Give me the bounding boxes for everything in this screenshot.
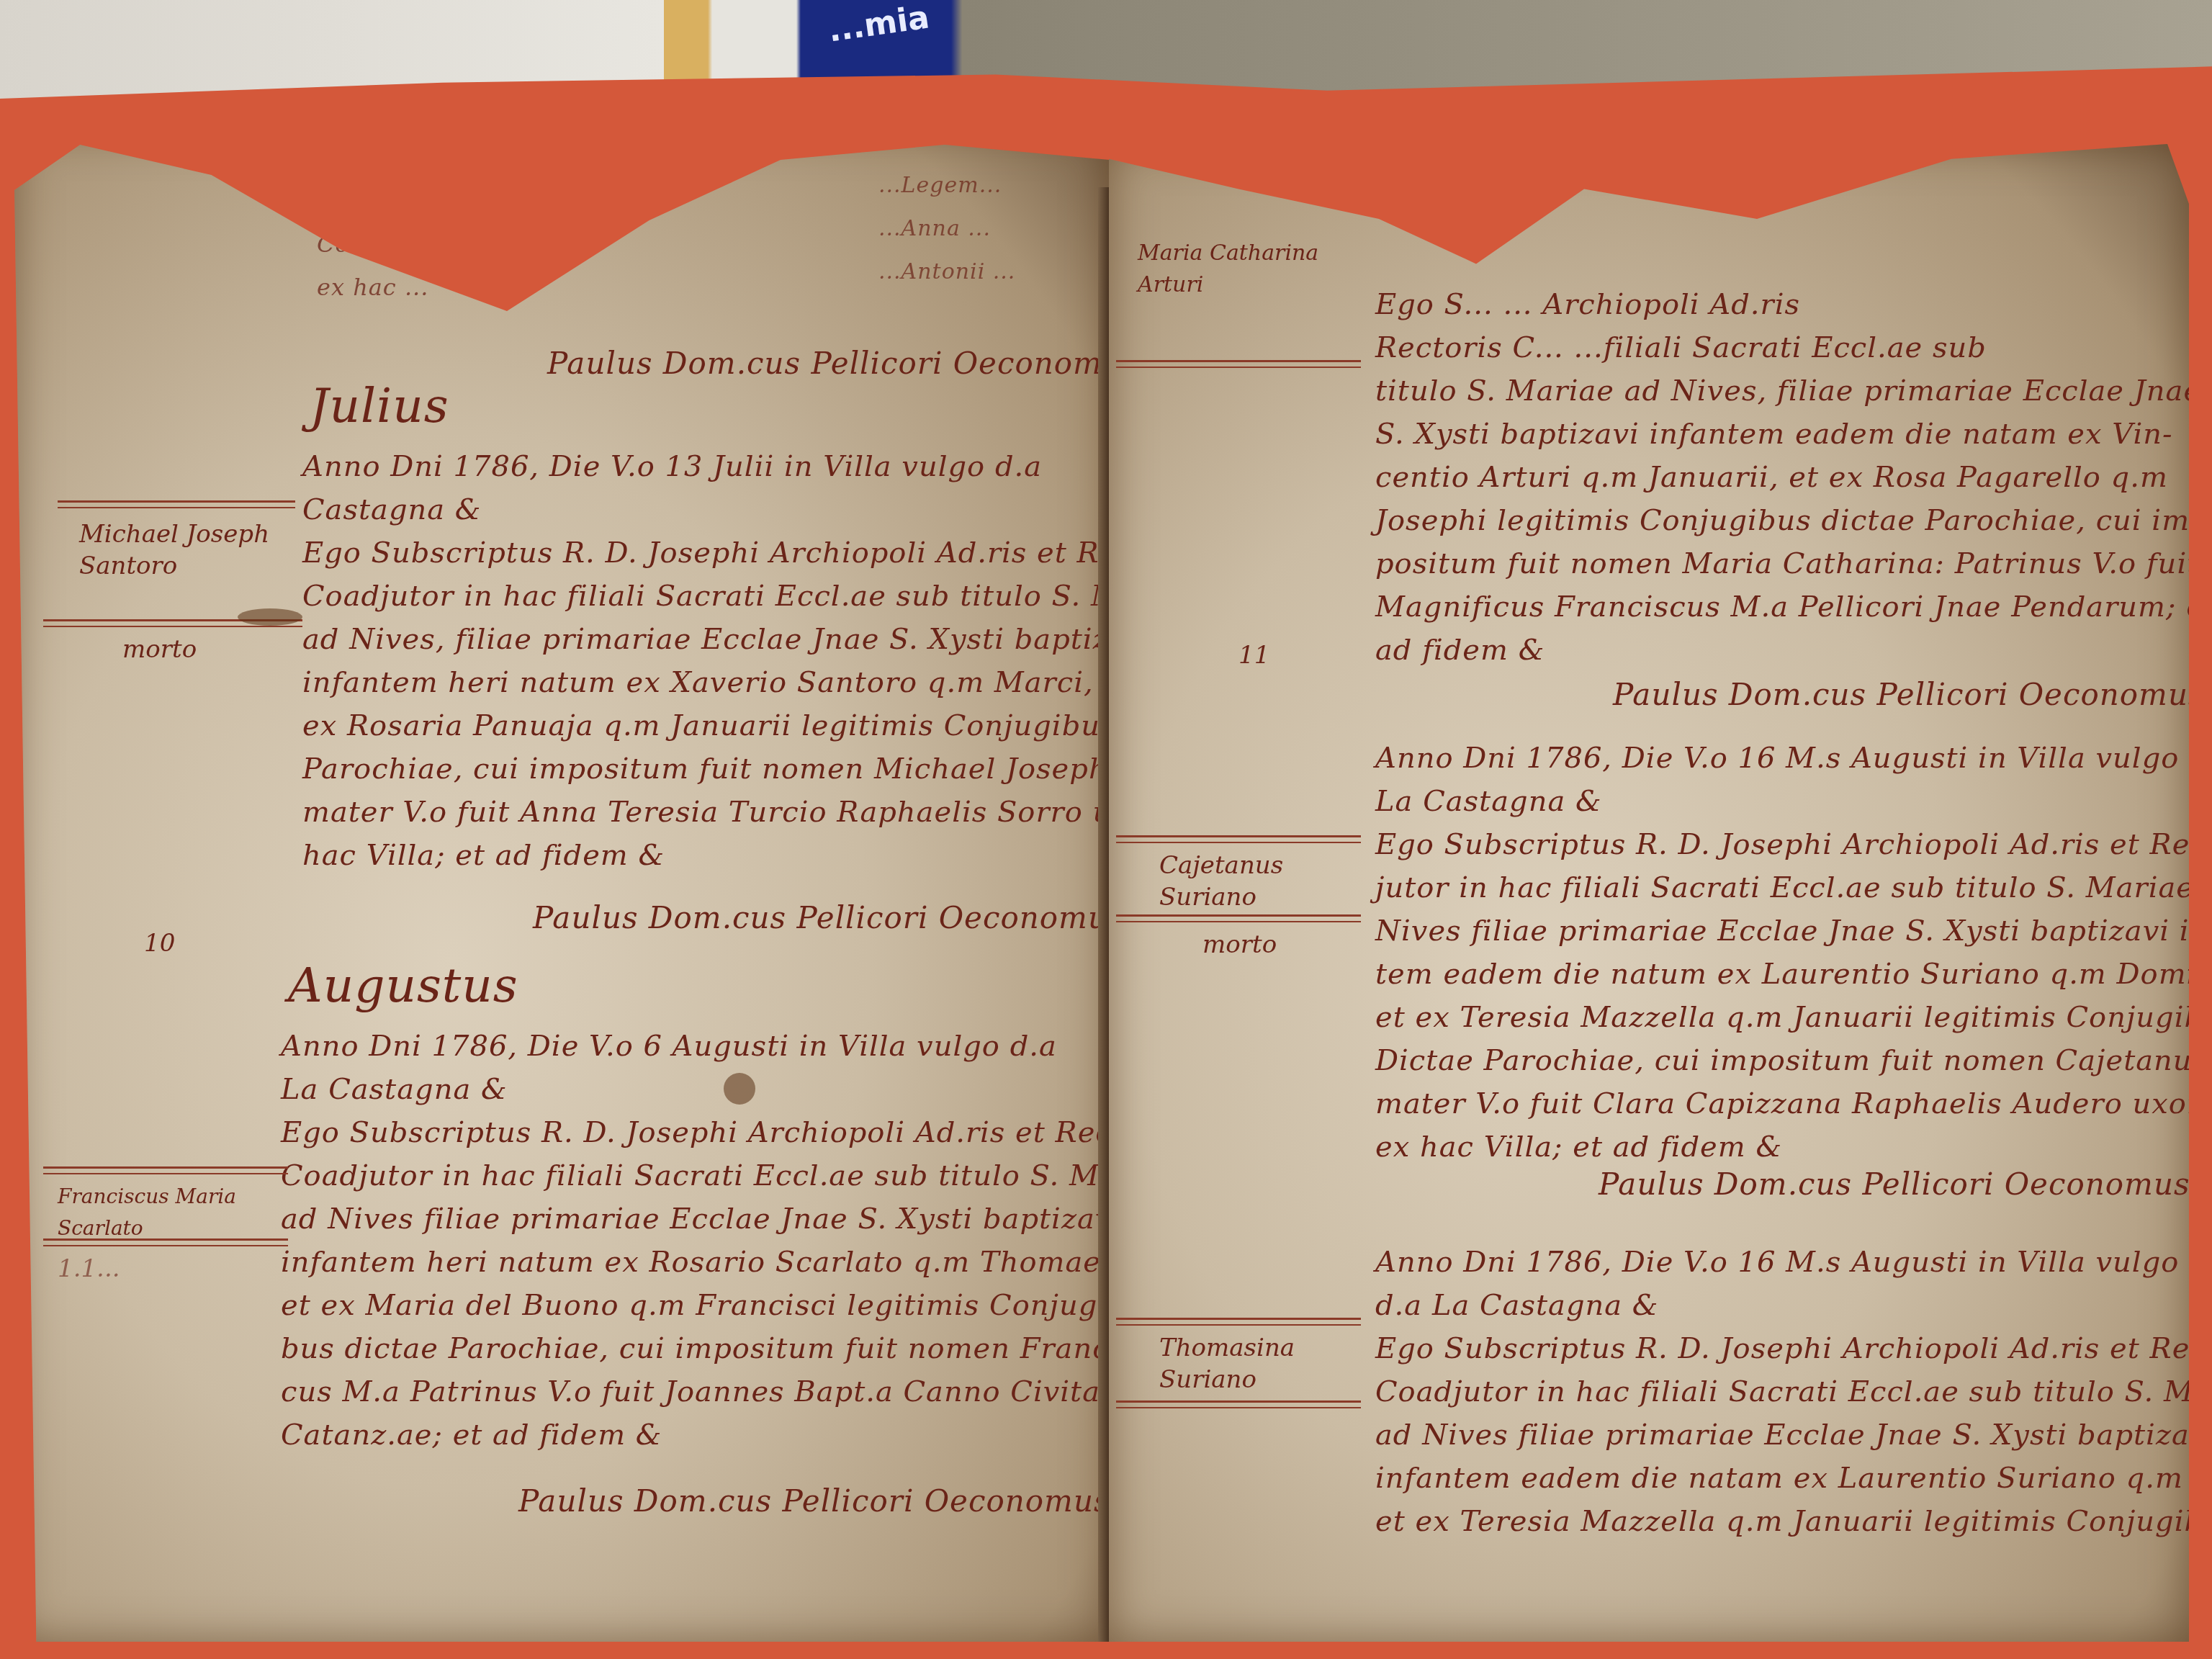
signature: Paulus Dom.cus Pellicori Oeconomus <box>1599 1166 2190 1202</box>
margin-note-status: morto <box>122 634 197 665</box>
entry-line: ex hac Villa; et ad fidem & <box>1375 1130 1782 1164</box>
entry-line: Parochiae, cui impositum fuit nomen Mich… <box>302 752 1208 786</box>
entry-line: centio Arturi q.m Januarii, et ex Rosa P… <box>1375 461 2168 494</box>
margin-rule <box>1116 1318 1361 1326</box>
margin-rule <box>43 1238 288 1246</box>
entry-line: d.a La Castagna & <box>1375 1289 1658 1322</box>
entry-line: Anno Dni 1786, Die V.o 6 Augusti in Vill… <box>281 1030 1057 1063</box>
margin-note-name: Maria Catharina Arturi <box>1138 238 1325 301</box>
signature: Paulus Dom.cus Pellicori Oeconomus <box>518 1483 1110 1519</box>
margin-note-name: Michael Joseph Santoro <box>79 518 281 582</box>
entry-line: Catanz.ae; et ad fidem & <box>281 1419 662 1452</box>
entry-line: cus M.a Patrinus V.o fuit Joannes Bapt.a… <box>281 1375 1138 1408</box>
register-book: Comnat... ex hac ... ...Legem... ...Anna… <box>14 115 2203 1659</box>
entry-line: et ex Teresia Mazzella q.m Januarii legi… <box>1375 1505 2212 1538</box>
entry-line: S. Xysti baptizavi infantem eadem die na… <box>1375 418 2173 451</box>
entry-line: Dictae Parochiae, cui impositum fuit nom… <box>1375 1044 2212 1077</box>
margin-note-name: Thomasina Suriano <box>1159 1332 1346 1395</box>
entry-line: infantem eadem die natam ex Laurentio Su… <box>1375 1462 2212 1495</box>
entry-line: infantem heri natum ex Xaverio Santoro q… <box>302 666 1133 699</box>
margin-note-status: morto <box>1202 929 1277 961</box>
entry-line: Ego Subscriptus R. D. Josephi Archiopoli… <box>281 1116 1182 1149</box>
entry-line: La Castagna & <box>1375 785 1602 818</box>
signature: Paulus Dom.cus Pellicori Oeconomus <box>547 346 1139 381</box>
entry-line: ad Nives filiae primariae Ecclae Jnae S.… <box>1375 1419 2212 1452</box>
entry-line: Nives filiae primariae Ecclae Jnae S. Xy… <box>1375 914 2212 948</box>
entry-line: Castagna & <box>302 493 481 526</box>
ink-stain <box>238 608 302 626</box>
wax-stain <box>724 1073 755 1105</box>
entry-line: Ego S... ... Archiopoli Ad.ris <box>1375 288 1800 321</box>
right-page: Maria Catharina Arturi Ego S... ... Arch… <box>1109 144 2189 1642</box>
entry-line: hac Villa; et ad fidem & <box>302 839 665 872</box>
entry-line: Magnificus Franciscus M.a Pellicori Jnae… <box>1375 590 2212 624</box>
margin-rule <box>1116 1401 1361 1408</box>
entry-line: ad Nives, filiae primariae Ecclae Jnae S… <box>302 623 1154 656</box>
entry-line: Josephi legitimis Conjugibus dictae Paro… <box>1375 504 2200 537</box>
torn-fragment: ...Anna ... <box>878 216 991 241</box>
page-number: 10 <box>144 929 175 958</box>
entry-line: Ego Subscriptus R. D. Josephi Archiopoli… <box>1375 1332 2212 1365</box>
entry-line: infantem heri natum ex Rosario Scarlato … <box>281 1246 1101 1279</box>
page-number: 11 <box>1238 641 1269 670</box>
entry-line: jutor in hac filiali Sacrati Eccl.ae sub… <box>1375 871 2212 904</box>
margin-note-status: 1.1... <box>58 1253 120 1285</box>
entry-line: mater V.o fuit Anna Teresia Turcio Rapha… <box>302 796 1206 829</box>
entry-line: et ex Maria del Buono q.m Francisci legi… <box>281 1289 1118 1322</box>
entry-line: positum fuit nomen Maria Catharina: Patr… <box>1375 547 2199 580</box>
entry-line: Anno Dni 1786, Die V.o 16 M.s Augusti in… <box>1375 742 2179 775</box>
entry-line: La Castagna & <box>281 1073 508 1106</box>
signature: Paulus Dom.cus Pellicori Oeconomus <box>533 900 1125 935</box>
entry-line: titulo S. Mariae ad Nives, filiae primar… <box>1375 374 2201 408</box>
month-heading-augustus: Augustus <box>288 958 518 1013</box>
month-heading-julius: Julius <box>310 378 449 433</box>
entry-line: ex Rosaria Panuaja q.m Januarii legitimi… <box>302 709 1220 742</box>
torn-fragment: Comnat... <box>317 230 436 258</box>
margin-rule <box>58 500 295 508</box>
entry-line: tem eadem die natum ex Laurentio Suriano… <box>1375 958 2212 991</box>
margin-rule <box>1116 835 1361 843</box>
margin-rule <box>1116 914 1361 922</box>
entry-line: Coadjutor in hac filiali Sacrati Eccl.ae… <box>1375 1375 2212 1408</box>
signature: Paulus Dom.cus Pellicori Oeconomus <box>1613 677 2205 712</box>
entry-line: Anno Dni 1786, Die V.o 13 Julii in Villa… <box>302 450 1042 483</box>
left-page: Comnat... ex hac ... ...Legem... ...Anna… <box>14 130 1109 1642</box>
entry-line: mater V.o fuit Clara Capizzana Raphaelis… <box>1375 1087 2201 1120</box>
torn-fragment: ...Legem... <box>878 173 1002 198</box>
entry-line: Ego Subscriptus R. D. Josephi Archiopoli… <box>302 536 1204 570</box>
entry-line: ad Nives filiae primariae Ecclae Jnae S.… <box>281 1202 1122 1236</box>
entry-line: et ex Teresia Mazzella q.m Januarii legi… <box>1375 1001 2212 1034</box>
margin-rule <box>43 1166 288 1174</box>
entry-line: Rectoris C... ...filiali Sacrati Eccl.ae… <box>1375 331 1987 364</box>
entry-line: Coadjutor in hac filiali Sacrati Eccl.ae… <box>302 580 1199 613</box>
torn-fragment: ...Antonii ... <box>878 259 1015 284</box>
entry-line: bus dictae Parochiae, cui impositum fuit… <box>281 1332 1145 1365</box>
entry-line: Anno Dni 1786, Die V.o 16 M.s Augusti in… <box>1375 1246 2179 1279</box>
entry-line: Ego Subscriptus R. D. Josephi Archiopoli… <box>1375 828 2212 861</box>
margin-rule <box>1116 360 1361 368</box>
margin-note-name: Franciscus Maria Scarlato <box>58 1181 288 1244</box>
entry-line: Coadjutor in hac filiali Sacrati Eccl.ae… <box>281 1159 1177 1192</box>
margin-note-name: Cajetanus Suriano <box>1159 850 1346 913</box>
torn-fragment: ex hac ... <box>317 274 428 301</box>
entry-line: ad fidem & <box>1375 634 1545 667</box>
